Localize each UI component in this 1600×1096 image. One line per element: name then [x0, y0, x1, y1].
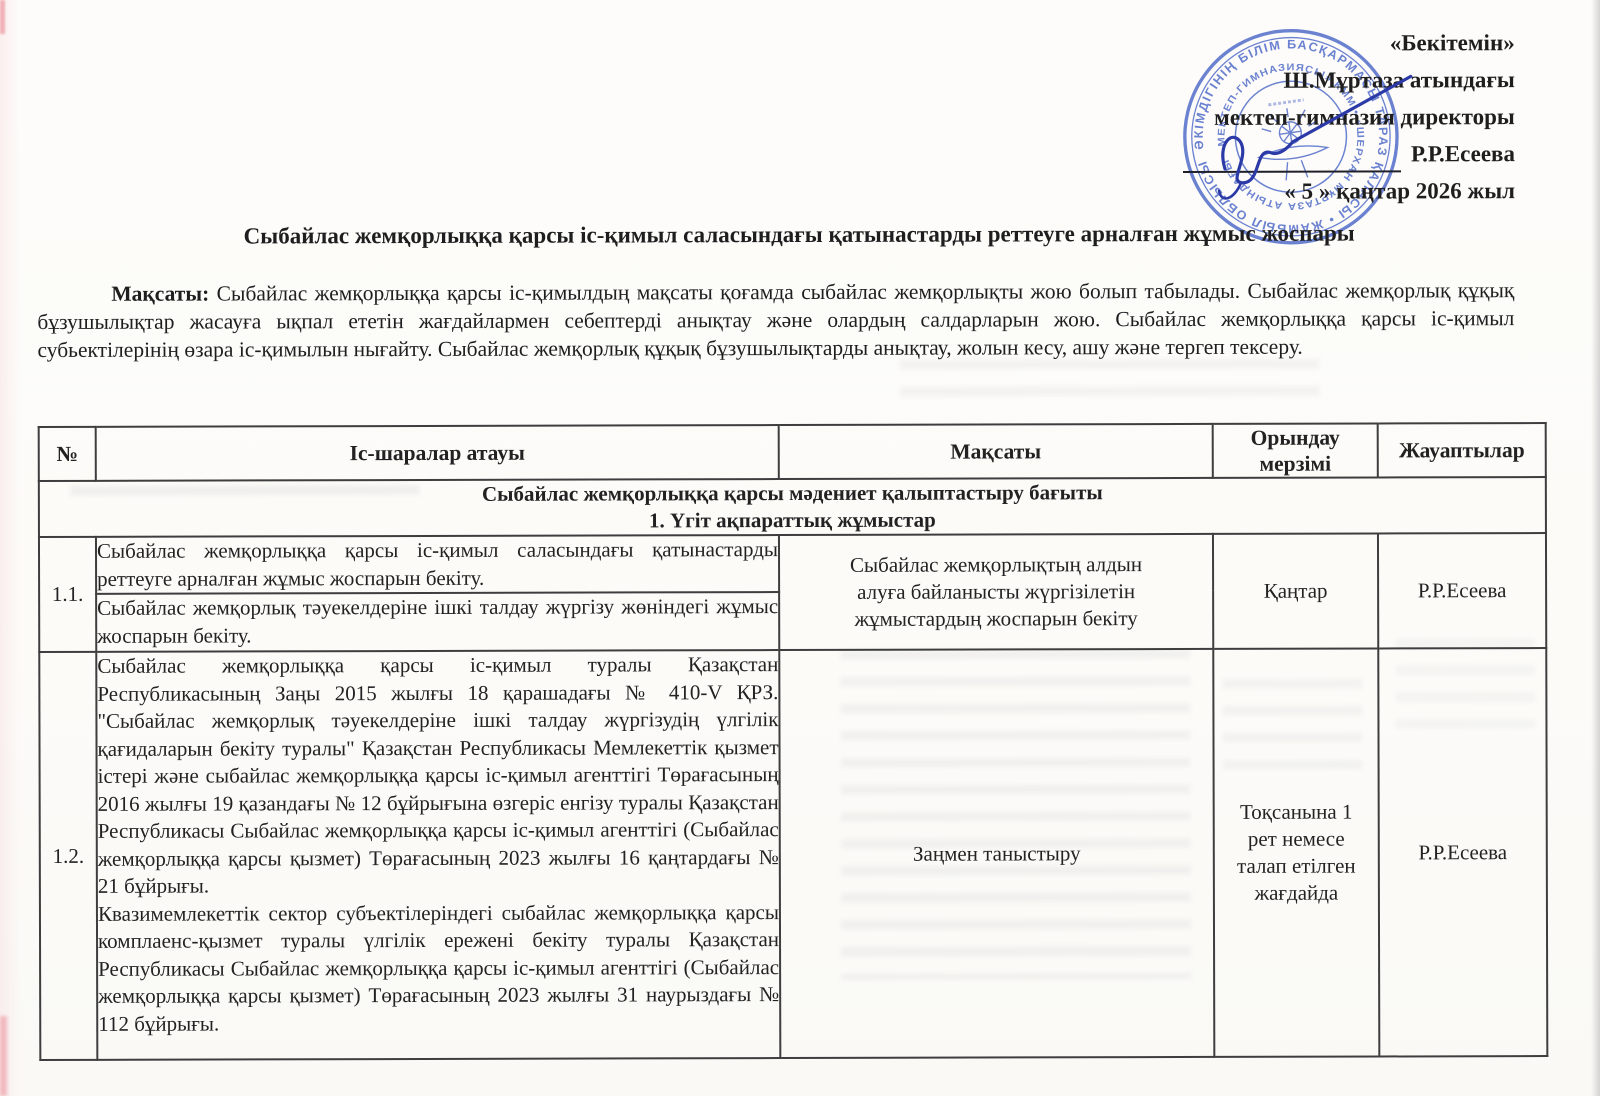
activity-paragraph: Квазимемлекеттік сектор субъектілеріндег…: [98, 899, 779, 1038]
responsible-cell: Р.Р.Есеева: [1378, 648, 1547, 1056]
header-activity: Іс-шаралар атауы: [96, 425, 779, 481]
work-plan-table: № Іс-шаралар атауы Мақсаты Орындау мерзі…: [38, 422, 1549, 1061]
scan-right-shadow: [1591, 0, 1600, 1096]
header-responsible: Жауаптылар: [1378, 423, 1546, 477]
activity-paragraph: Сыбайлас жемқорлыққа қарсы іс-қимыл тура…: [97, 651, 779, 900]
purpose-paragraph: Мақсаты: Сыбайлас жемқорлыққа қарсы іс-қ…: [37, 276, 1514, 364]
responsible-cell: Р.Р.Есеева: [1378, 533, 1546, 648]
term-cell-text: Тоқсанына 1 рет немесе талап етілген жағ…: [1227, 799, 1365, 907]
table-row: 1.2. Сыбайлас жемқорлыққа қарсы іс-қимыл…: [39, 648, 1547, 1060]
approval-word: «Бекітемін»: [1183, 24, 1515, 62]
director-signature: [1167, 64, 1437, 225]
activity-cell: Сыбайлас жемқорлық тәуекелдеріне ішкі та…: [96, 592, 779, 652]
purpose-label: Мақсаты:: [111, 282, 209, 306]
purpose-cell: Заңмен таныстыру: [779, 649, 1214, 1058]
scanned-document-page: ӘКІМДІГІНІҢ БІЛІМ БАСҚАРМАСЫ ТАРАЗ ҚАЛАС…: [0, 0, 1600, 1096]
scan-edge-mark: [0, 0, 5, 34]
section-title-line1: Сыбайлас жемқорлыққа қарсы мәдениет қалы…: [40, 478, 1545, 509]
header-purpose: Мақсаты: [779, 424, 1213, 479]
term-cell: Қаңтар: [1213, 533, 1378, 648]
scan-left-tint: [0, 0, 20, 1096]
activity-cell: Сыбайлас жемқорлыққа қарсы іс-қимыл сала…: [96, 535, 779, 594]
purpose-cell-text: Сыбайлас жемқорлықтың алдын алуға байлан…: [846, 551, 1146, 633]
section-title-line2: 1. Үгіт ақпараттық жұмыстар: [40, 505, 1545, 536]
purpose-text: Сыбайлас жемқорлыққа қарсы іс-қимылдың м…: [37, 278, 1514, 362]
header-term: Орындау мерзімі: [1213, 423, 1378, 477]
row-number: 1.1.: [39, 537, 96, 652]
header-number: №: [39, 427, 96, 481]
document-content: ӘКІМДІГІНІҢ БІЛІМ БАСҚАРМАСЫ ТАРАЗ ҚАЛАС…: [0, 0, 1600, 1096]
table-row: 1.1. Сыбайлас жемқорлыққа қарсы іс-қимыл…: [39, 533, 1546, 594]
table-header-row: № Іс-шаралар атауы Мақсаты Орындау мерзі…: [39, 423, 1546, 481]
section-header-row: Сыбайлас жемқорлыққа қарсы мәдениет қалы…: [39, 477, 1546, 537]
section-header-cell: Сыбайлас жемқорлыққа қарсы мәдениет қалы…: [39, 477, 1546, 537]
term-cell: Тоқсанына 1 рет немесе талап етілген жағ…: [1213, 648, 1379, 1056]
row-number: 1.2.: [39, 652, 97, 1060]
bleed-through-artifact: [900, 359, 1320, 406]
activity-cell: Сыбайлас жемқорлыққа қарсы іс-қимыл тура…: [96, 650, 780, 1060]
scan-edge-mark: [0, 1016, 7, 1096]
purpose-cell: Сыбайлас жемқорлықтың алдын алуға байлан…: [779, 534, 1213, 650]
